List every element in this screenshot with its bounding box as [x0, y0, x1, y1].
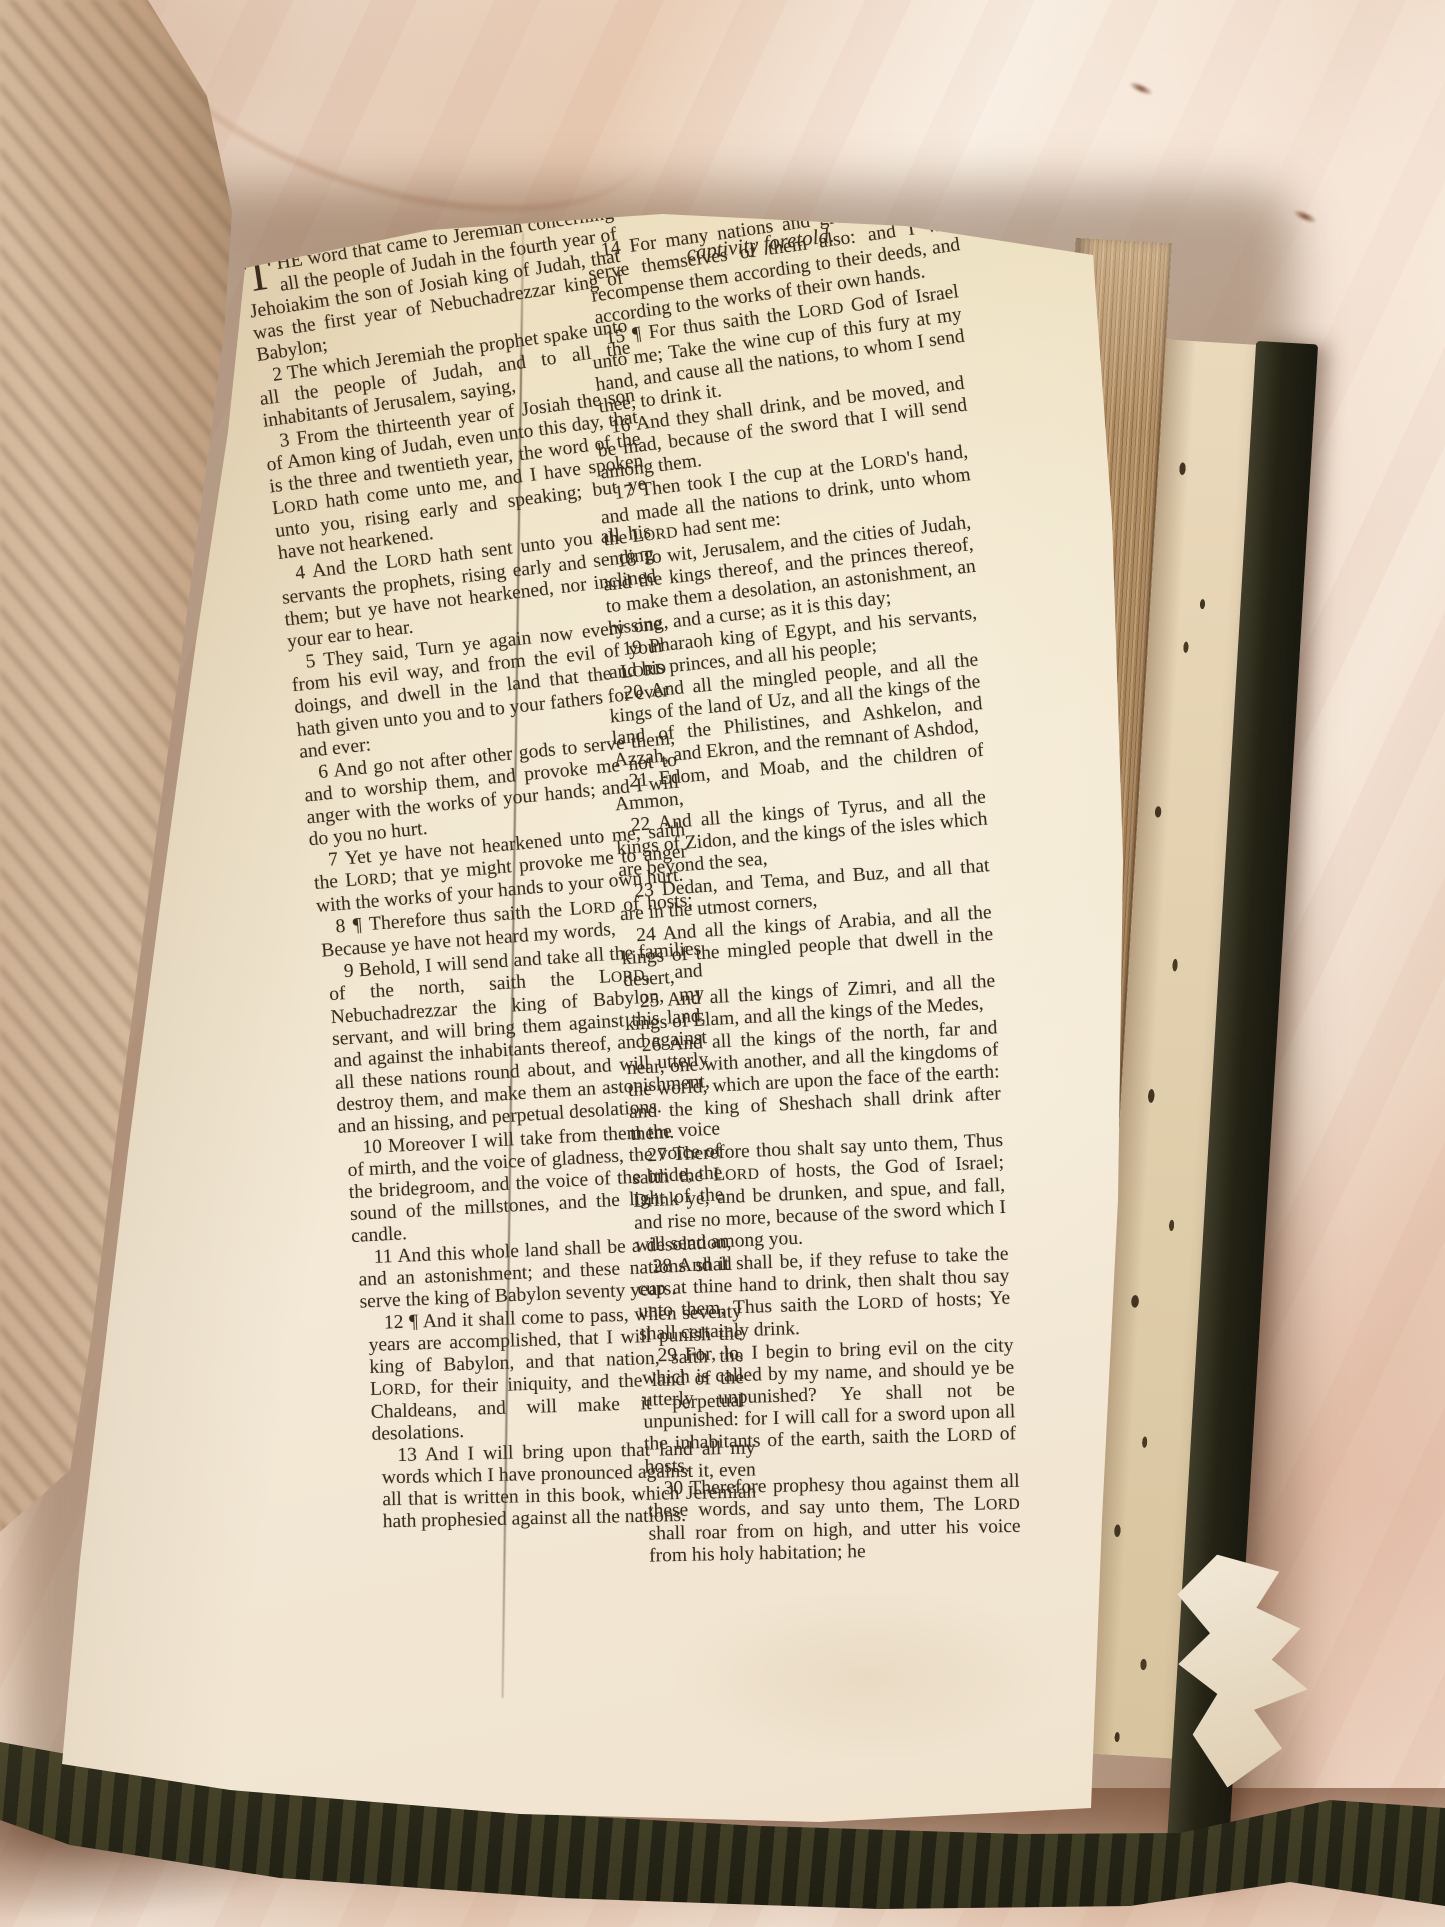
text-column-right: 14 For many nations and great kings shal…	[588, 224, 1022, 1567]
marble-knot	[1127, 79, 1154, 98]
verse: 28 And it shall be, if they refuse to ta…	[636, 1244, 1011, 1346]
verse-number: 27	[647, 1144, 667, 1166]
verse: 29 For, lo, I begin to bring evil on the…	[641, 1335, 1017, 1478]
verse-number: 26	[641, 1034, 662, 1056]
verse: 26 And all the kings of the north, far a…	[625, 1017, 1002, 1146]
photo-of-open-bible: The Babylonish CHAP. XXV. captivity fore…	[0, 0, 1445, 1927]
verse-number: 7	[327, 849, 339, 871]
verse-number: 4	[294, 562, 306, 584]
verse: 27 Therefore thou shalt say unto them, T…	[631, 1130, 1007, 1257]
verse-number: 22	[630, 814, 651, 836]
verse-number: 14	[600, 237, 622, 261]
verse-number: 20	[623, 681, 644, 704]
verse-number: 24	[636, 924, 657, 946]
verse-number: 12	[384, 1312, 404, 1334]
verse-number: 2	[271, 364, 284, 386]
verse-number: 28	[652, 1256, 672, 1278]
marble-knot	[1291, 207, 1318, 226]
verse-number: 15	[604, 326, 626, 349]
verse-number: 16	[610, 415, 632, 438]
verse: 30 Therefore prophesy thou against them …	[647, 1471, 1021, 1568]
verse-number: 18	[616, 549, 638, 572]
verse-number: 5	[305, 651, 317, 673]
verse-number: 3	[278, 430, 290, 452]
verse-number: 8	[335, 916, 346, 938]
verse-number: 6	[317, 761, 329, 783]
verse-number: 21	[628, 769, 649, 792]
verse-number: 11	[373, 1246, 393, 1268]
verse-number: 23	[634, 880, 655, 902]
verse-number: 17	[613, 481, 635, 504]
verse-number: 25	[639, 990, 660, 1012]
verse-number: 9	[343, 961, 354, 983]
verse-number: 13	[397, 1445, 417, 1466]
verse-number: 19	[621, 637, 643, 660]
verse-number: 30	[663, 1478, 683, 1499]
verse-number: 10	[362, 1136, 383, 1158]
verse-number: 29	[657, 1345, 677, 1367]
